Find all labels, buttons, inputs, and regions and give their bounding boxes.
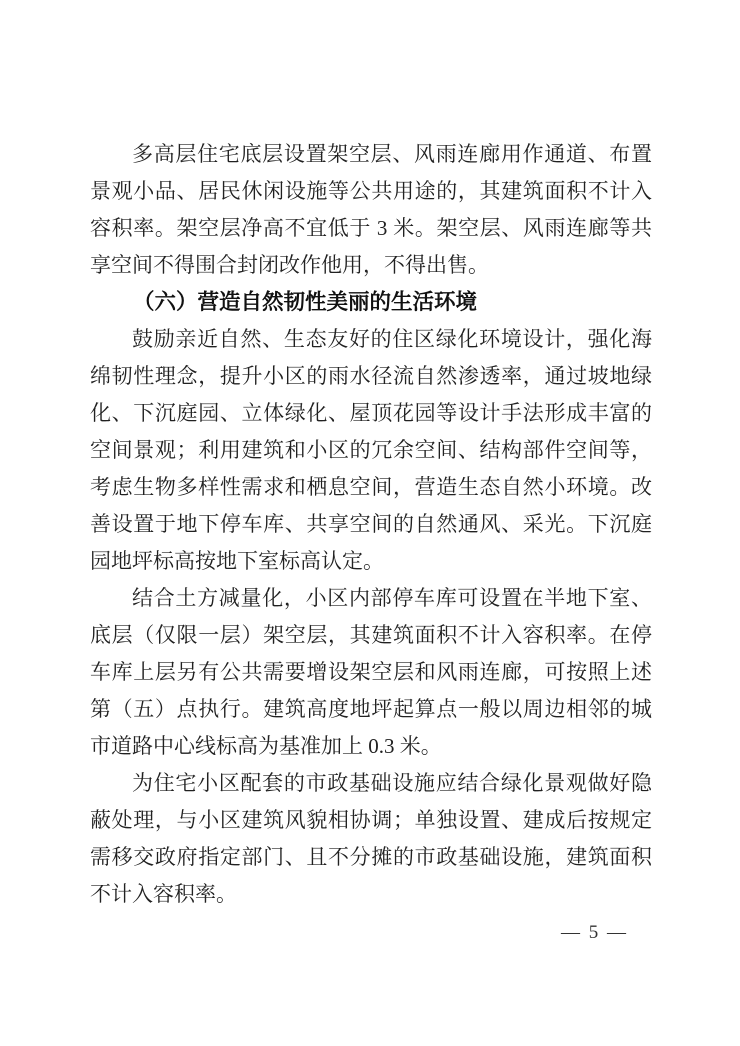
document-page: 多高层住宅底层设置架空层、风雨连廊用作通道、布置景观小品、居民休闲设施等公共用途… (0, 0, 740, 1046)
paragraph-arcade-floor: 多高层住宅底层设置架空层、风雨连廊用作通道、布置景观小品、居民休闲设施等公共用途… (90, 136, 652, 284)
paragraph-municipal-facilities: 为住宅小区配套的市政基础设施应结合绿化景观做好隐蔽处理，与小区建筑风貌相协调；单… (90, 765, 652, 913)
page-number: — 5 — (561, 922, 628, 944)
section-heading-six: （六）营造自然韧性美丽的生活环境 (90, 284, 652, 321)
paragraph-parking-garage: 结合土方减量化，小区内部停车库可设置在半地下室、底层（仅限一层）架空层，其建筑面… (90, 580, 652, 765)
paragraph-green-environment: 鼓励亲近自然、生态友好的住区绿化环境设计，强化海绵韧性理念，提升小区的雨水径流自… (90, 321, 652, 580)
document-body: 多高层住宅底层设置架空层、风雨连廊用作通道、布置景观小品、居民休闲设施等公共用途… (90, 136, 652, 913)
